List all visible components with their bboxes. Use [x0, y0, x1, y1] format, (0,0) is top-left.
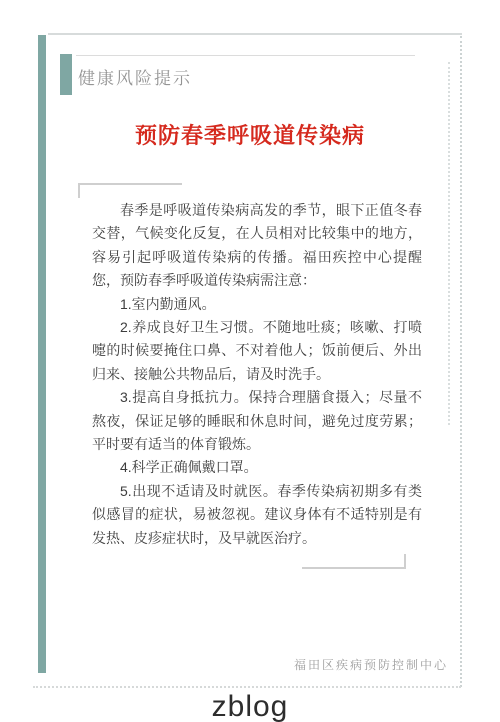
card-bottom-dotted-border [33, 686, 461, 688]
notice-paragraph-item-3: 3.提高自身抵抗力。保持合理膳食摄入；尽量不熬夜，保证足够的睡眠和休息时间，避免… [92, 386, 422, 456]
quote-bracket-bottom-right [302, 554, 406, 569]
quote-bracket-top-left [78, 183, 182, 198]
notice-paragraph-item-5: 5.出现不适请及时就医。春季传染病初期多有类似感冒的症状，易被忽视。建议身体有不… [92, 480, 422, 550]
notice-paragraph-item-1: 1.室内勤通风。 [92, 293, 422, 316]
accent-bar [38, 35, 46, 673]
section-title: 健康风险提示 [78, 64, 192, 89]
section-header-line [76, 55, 415, 56]
notice-paragraph-item-4: 4.科学正确佩戴口罩。 [92, 456, 422, 479]
notice-body: 春季是呼吸道传染病高发的季节，眼下正值冬春交替，气候变化反复，在人员相对比较集中… [92, 199, 422, 550]
card-right-dotted-border [460, 36, 462, 687]
notice-title: 预防春季呼吸道传染病 [50, 119, 450, 150]
health-notice-page: 健康风险提示 预防春季呼吸道传染病 春季是呼吸道传染病高发的季节，眼下正值冬春交… [0, 0, 500, 722]
site-watermark: zblog [0, 690, 500, 722]
notice-paragraph-intro: 春季是呼吸道传染病高发的季节，眼下正值冬春交替，气候变化反复，在人员相对比较集中… [92, 199, 422, 293]
section-accent-marker [60, 54, 72, 95]
publisher-signature: 福田区疾病预防控制中心 [294, 656, 448, 673]
notice-paragraph-item-2: 2.养成良好卫生习惯。不随地吐痰；咳嗽、打喷嚏的时候要掩住口鼻、不对着他人；饭前… [92, 316, 422, 386]
card-top-border [48, 33, 462, 35]
card-inner-dotted-line [448, 62, 450, 425]
